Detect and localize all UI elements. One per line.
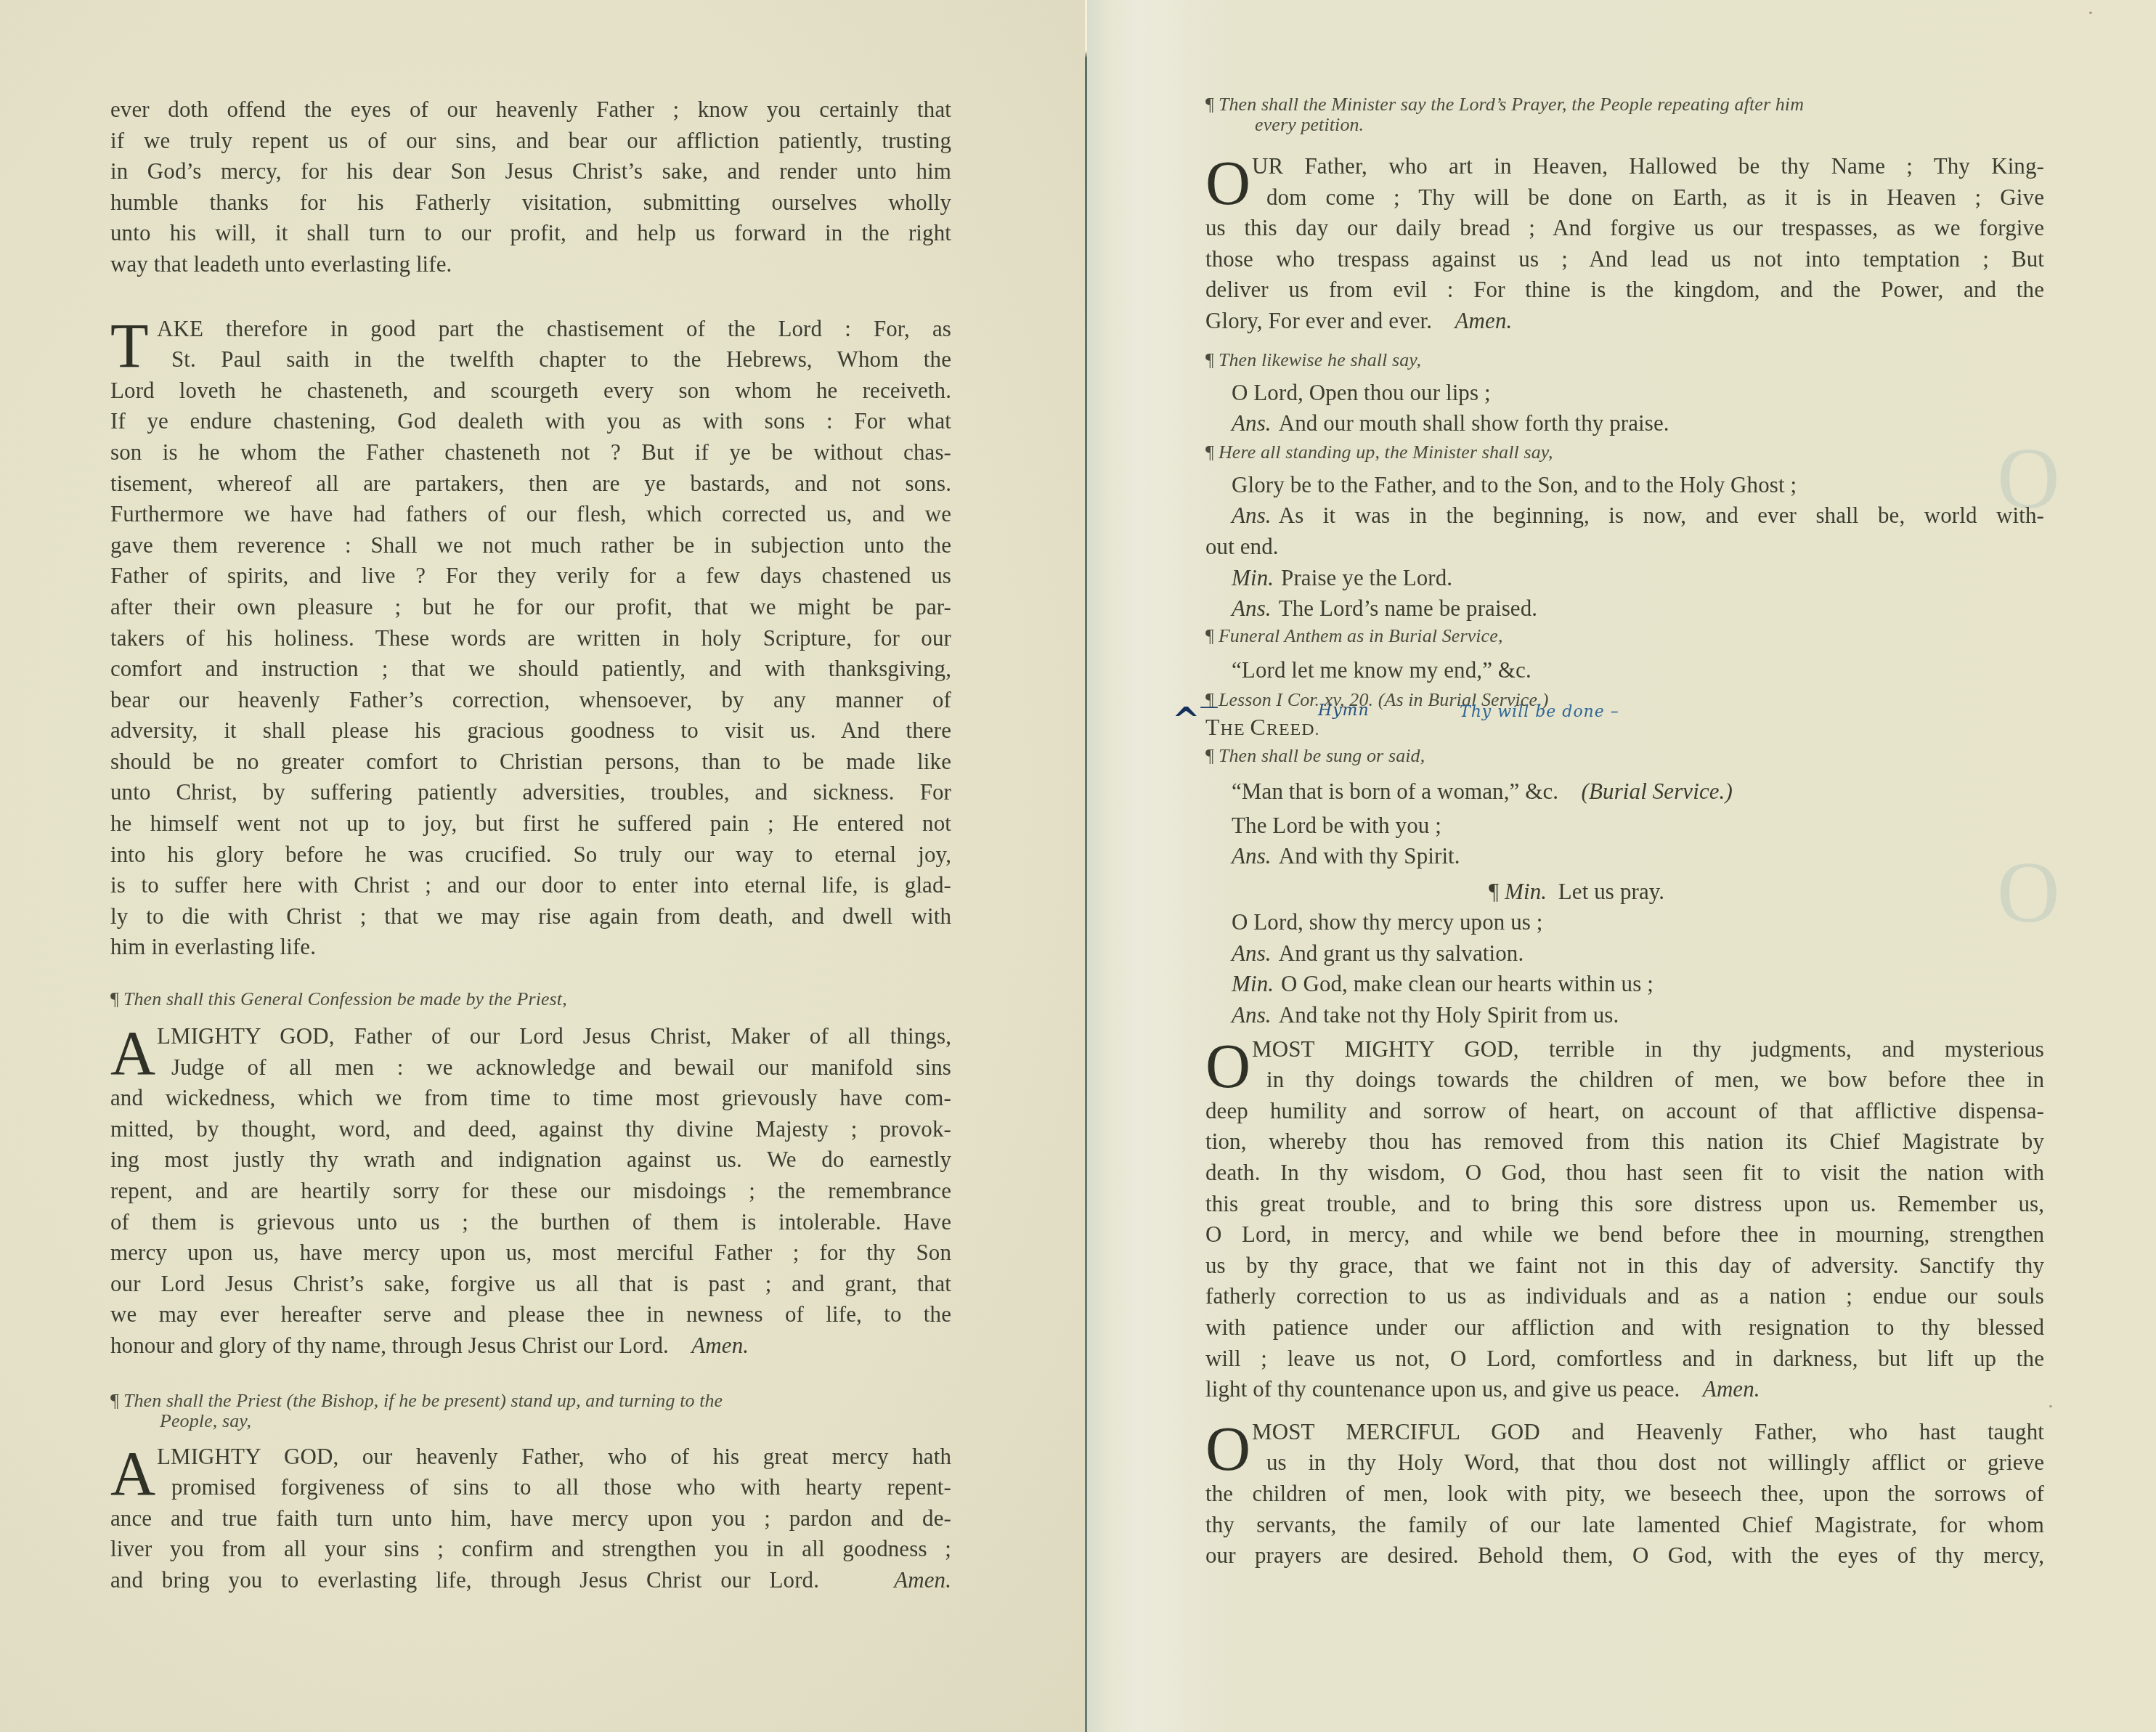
response: Ans.And with thy Spirit. [1205, 841, 2044, 872]
text-line: is to suffer here with Christ ; and our … [110, 870, 951, 901]
text-line: promised forgiveness of sins to all thos… [110, 1472, 951, 1503]
response-text: And take not thy Holy Spirit from us. [1279, 1002, 1619, 1028]
text-line: LMIGHTY GOD, Father of our Lord Jesus Ch… [110, 1021, 951, 1052]
text-line: those who trespass against us ; And lead… [1205, 244, 2044, 275]
handwritten-hymn-title: Thy will be done – [1460, 697, 1619, 728]
drop-cap: A [110, 1444, 155, 1503]
text-line: ly to die with Christ ; that we may rise… [110, 901, 951, 932]
text-line: unto his will, it shall turn to our prof… [110, 218, 951, 249]
text-line: MOST MIGHTY GOD, terrible in thy judgmen… [1205, 1034, 2044, 1065]
text-line: fatherly correction to us as individuals… [1205, 1281, 2044, 1312]
exhortation-continuation: ever doth offend the eyes of our heavenl… [110, 94, 951, 280]
text-line: tisement, whereof all are partakers, the… [110, 468, 951, 500]
text-line: our prayers are desired. Behold them, O … [1205, 1540, 2044, 1572]
text-fragment: Glory, For ever and ever. [1205, 308, 1432, 333]
text-line: O Lord, in mercy, and while we bend befo… [1205, 1219, 2044, 1251]
response: Ans.And grant us thy salvation. [1205, 938, 2044, 969]
text-line: ever doth offend the eyes of our heavenl… [110, 94, 951, 126]
anthem-text: “Man that is born of a woman,” &c. [1232, 778, 1558, 804]
text-line: LMIGHTY GOD, our heavenly Father, who of… [110, 1442, 951, 1473]
response: Ans.And take not thy Holy Spirit from us… [1205, 1000, 2044, 1031]
rubric-text: Then shall the Minister say the Lord’s P… [1219, 94, 1804, 115]
absolution: A LMIGHTY GOD, our heavenly Father, who … [110, 1442, 951, 1596]
drop-cap: O [1205, 1420, 1250, 1478]
text-line: liver you from all your sins ; confirm a… [110, 1534, 951, 1565]
text-line: honour and glory of thy name, through Je… [110, 1330, 951, 1362]
text-line: us this day our daily bread ; And forgiv… [1205, 213, 2044, 244]
pilcrow-icon: ¶ [1489, 879, 1499, 904]
lords-prayer: O UR Father, who art in Heaven, Hallowed… [1205, 151, 2044, 337]
burial-service-ref: (Burial Service.) [1582, 778, 1733, 804]
text-line: if we truly repent us of our sins, and b… [110, 126, 951, 157]
text-line: MOST MERCIFUL GOD and Heavenly Father, w… [1205, 1417, 2044, 1448]
text-line: deliver us from evil : For thine is the … [1205, 275, 2044, 306]
text-line: way that leadeth unto everlasting life. [110, 249, 951, 280]
text-line: AKE therefore in good part the chastisem… [110, 314, 951, 345]
general-confession: A LMIGHTY GOD, Father of our Lord Jesus … [110, 1021, 951, 1362]
text-line: unto Christ, by suffering patiently adve… [110, 777, 951, 808]
take-therefore-paragraph: T AKE therefore in good part the chastis… [110, 314, 951, 963]
rubric-text: Here all standing up, the Minister shall… [1219, 442, 1553, 463]
text-line: mercy upon us, have mercy upon us, most … [110, 1237, 951, 1269]
gloria-line: Glory be to the Father, and to the Son, … [1205, 470, 2044, 501]
handwritten-hymn-note: Hymn [1318, 696, 1370, 727]
text-line: should be no greater comfort to Christia… [110, 747, 951, 778]
rubric-text: Then likewise he shall say, [1219, 349, 1421, 370]
creed-letters: REED. [1266, 720, 1320, 739]
speaker-label: Ans. [1232, 1002, 1272, 1028]
man-born-line: “Man that is born of a woman,” &c. (Buri… [1205, 776, 2044, 808]
amen: Amen. [691, 1333, 749, 1358]
book-spread: ever doth offend the eyes of our heavenl… [0, 0, 2156, 1732]
text-line: comfort and instruction ; that we should… [110, 654, 951, 685]
text-line: with patience under our affliction and w… [1205, 1312, 2044, 1343]
versicle-text: O Lord, Open thou our lips ; [1232, 380, 1491, 405]
text-line: and bring you to everlasting life, throu… [110, 1565, 951, 1596]
versicle-text: The Lord be with you ; [1232, 813, 1441, 838]
rubric-text: Funeral Anthem as in Burial Service, [1219, 625, 1503, 646]
text-line: we may ever hereafter serve and please t… [110, 1299, 951, 1330]
response: Ans.The Lord’s name be praised. [1205, 593, 2044, 625]
text-line: our Lord Jesus Christ’s sake, forgive us… [110, 1269, 951, 1300]
rubric-continuation: every petition. [1205, 115, 2044, 135]
rubric-continuation: People, say, [110, 1411, 951, 1431]
rubric-text: Then shall this General Confession be ma… [123, 988, 567, 1009]
anthem-text: “Lord let me know my end,” &c. [1205, 655, 2044, 686]
text-line: will ; leave us not, O Lord, comfortless… [1205, 1343, 2044, 1375]
rubric-text: Then shall the Priest (the Bishop, if he… [123, 1390, 723, 1411]
let-us-pray: ¶ Min. Let us pray. [1205, 877, 2044, 908]
versicle: The Lord be with you ; [1205, 810, 2044, 842]
text-line: he himself went not up to joy, but first… [110, 808, 951, 839]
versicle-text: Glory be to the Father, and to the Son, … [1232, 472, 1797, 497]
text-line: UR Father, who art in Heaven, Hallowed b… [1205, 151, 2044, 182]
speaker-label: Ans. [1232, 595, 1272, 621]
response: Ans.And our mouth shall show forth thy p… [1205, 408, 2044, 439]
pilcrow-icon: ¶ [110, 1390, 119, 1411]
text-line: after their own pleasure ; but he for ou… [110, 592, 951, 623]
text-line: and wickedness, which we from time to ti… [110, 1083, 951, 1114]
paper-speck [2089, 12, 2092, 14]
text-line: adversity, it shall please his gracious … [110, 715, 951, 747]
text-line: humble thanks for his Fatherly visitatio… [110, 187, 951, 219]
rubric-text: Then shall be sung or said, [1219, 745, 1425, 766]
speaker-label: Min. [1232, 971, 1274, 996]
creed-letters: HE [1221, 720, 1250, 739]
pilcrow-icon: ¶ [110, 988, 119, 1009]
handwritten-dash: — [1200, 691, 1219, 723]
left-text-column: ever doth offend the eyes of our heavenl… [110, 94, 951, 1596]
paper-speck [2049, 1405, 2052, 1407]
gloria-response: Ans.As it was in the beginning, is now, … [1205, 500, 2044, 532]
left-page: ever doth offend the eyes of our heavenl… [0, 0, 1087, 1732]
text-line: Father of spirits, and live ? For they v… [110, 561, 951, 592]
text-line: tion, whereby thou has removed from this… [1205, 1126, 2044, 1158]
versicle: O Lord, show thy mercy upon us ; [1205, 907, 2044, 938]
versicle-text: O God, make clean our hearts within us ; [1281, 971, 1653, 996]
rubric-standing: ¶Here all standing up, the Minister shal… [1205, 442, 2044, 463]
text-line: bear our heavenly Father’s correction, w… [110, 685, 951, 716]
pilcrow-icon: ¶ [1205, 442, 1214, 463]
rubric-priest-stand: ¶Then shall the Priest (the Bishop, if h… [110, 1391, 951, 1411]
versicle-text: O Lord, show thy mercy upon us ; [1232, 909, 1543, 935]
amen: Amen. [1703, 1376, 1760, 1402]
text-line: the children of men, look with pity, we … [1205, 1479, 2044, 1510]
text-line: takers of his holiness. These words are … [110, 623, 951, 654]
rubric-sung-or-said: ¶Then shall be sung or said, [1205, 746, 2044, 766]
drop-cap: O [1205, 154, 1250, 212]
rubric-anthem: ¶Funeral Anthem as in Burial Service, [1205, 626, 2044, 646]
text-fragment: and bring you to everlasting life, throu… [110, 1567, 819, 1593]
drop-cap: T [110, 317, 149, 375]
right-page: O O ¶Then shall the Minister say the Lor… [1087, 0, 2156, 1732]
gloria-response-continuation: out end. [1205, 532, 2044, 563]
text-line: in thy doings towards the children of me… [1205, 1065, 2044, 1096]
text-line: mitted, by thought, word, and deed, agai… [110, 1114, 951, 1145]
pilcrow-icon: ¶ [1205, 625, 1214, 646]
speaker-label: Ans. [1232, 940, 1272, 966]
text-line: ing most justly thy wrath and indignatio… [110, 1144, 951, 1176]
text-line: this great trouble, and to bring this so… [1205, 1189, 2044, 1220]
versicle-text: Praise ye the Lord. [1281, 565, 1452, 590]
text-line: Glory, For ever and ever. Amen. [1205, 306, 2044, 337]
text-fragment: light of thy countenance upon us, and gi… [1205, 1376, 1680, 1402]
response-text: And grant us thy salvation. [1279, 940, 1524, 966]
speaker-label: Ans. [1232, 503, 1272, 528]
prayer-most-mighty-god: O MOST MIGHTY GOD, terrible in thy judgm… [1205, 1034, 2044, 1405]
speaker-label: Ans. [1232, 843, 1272, 869]
text-line: If ye endure chastening, God dealeth wit… [110, 406, 951, 437]
creed-letter: C [1250, 714, 1266, 740]
response-text: As it was in the beginning, is now, and … [1279, 503, 2044, 528]
text-line: Lord loveth he chasteneth, and scourgeth… [110, 375, 951, 407]
text-line: son is he whom the Father chasteneth not… [110, 437, 951, 468]
versicle: O Lord, Open thou our lips ; [1205, 378, 2044, 409]
text-line: of them is grievous unto us ; the burthe… [110, 1207, 951, 1238]
response-text: And our mouth shall show forth thy prais… [1279, 410, 1669, 436]
text-line: ance and true faith turn unto him, have … [110, 1503, 951, 1534]
text-line: Judge of all men : we acknowledge and be… [110, 1052, 951, 1083]
versicle: Min.Praise ye the Lord. [1205, 563, 2044, 594]
pilcrow-icon: ¶ [1205, 745, 1214, 766]
amen: Amen. [1455, 308, 1513, 333]
text-line: in God’s mercy, for his dear Son Jesus C… [110, 156, 951, 187]
speaker-label: Min. [1505, 879, 1547, 904]
right-text-column: ¶Then shall the Minister say the Lord’s … [1205, 94, 2044, 1572]
text-line: deep humility and sorrow of heart, on ac… [1205, 1096, 2044, 1127]
versicle-text: Let us pray. [1558, 879, 1664, 904]
text-line: light of thy countenance upon us, and gi… [1205, 1374, 2044, 1405]
text-line: repent, and are heartily sorry for these… [110, 1176, 951, 1207]
handwritten-insert-caret: ^ [1172, 704, 1201, 736]
amen: Amen. [894, 1567, 951, 1593]
creed-heading: ^ — Hymn Thy will be done – THE CREED. [1205, 712, 2044, 743]
text-line: St. Paul saith in the twelfth chapter to… [110, 344, 951, 375]
text-line: Furthermore we have had fathers of our f… [110, 499, 951, 530]
versicle: Min.O God, make clean our hearts within … [1205, 969, 2044, 1000]
drop-cap: A [110, 1024, 155, 1082]
text-line: him in everlasting life. [110, 932, 951, 963]
text-line: thy servants, the family of our late lam… [1205, 1510, 2044, 1541]
text-line: into his glory before he was crucified. … [110, 839, 951, 871]
prayer-most-merciful-god: O MOST MERCIFUL GOD and Heavenly Father,… [1205, 1417, 2044, 1572]
pilcrow-icon: ¶ [1205, 94, 1214, 115]
text-line: gave them reverence : Shall we not much … [110, 530, 951, 561]
response-text: The Lord’s name be praised. [1279, 595, 1538, 621]
speaker-label: Min. [1232, 565, 1274, 590]
text-line: us in thy Holy Word, that thou dost not … [1205, 1447, 2044, 1479]
text-line: us by thy grace, that we faint not in th… [1205, 1251, 2044, 1282]
rubric-likewise: ¶Then likewise he shall say, [1205, 350, 2044, 370]
response-text: And with thy Spirit. [1279, 843, 1460, 869]
speaker-label: Ans. [1232, 410, 1272, 436]
pilcrow-icon: ¶ [1205, 349, 1214, 370]
text-line: death. In thy wisdom, O God, thou hast s… [1205, 1158, 2044, 1189]
rubric-lords-prayer: ¶Then shall the Minister say the Lord’s … [1205, 94, 2044, 115]
rubric-general-confession: ¶Then shall this General Confession be m… [110, 989, 951, 1009]
drop-cap: O [1205, 1037, 1250, 1095]
text-fragment: honour and glory of thy name, through Je… [110, 1333, 669, 1358]
text-line: dom come ; Thy will be done on Earth, as… [1205, 182, 2044, 214]
